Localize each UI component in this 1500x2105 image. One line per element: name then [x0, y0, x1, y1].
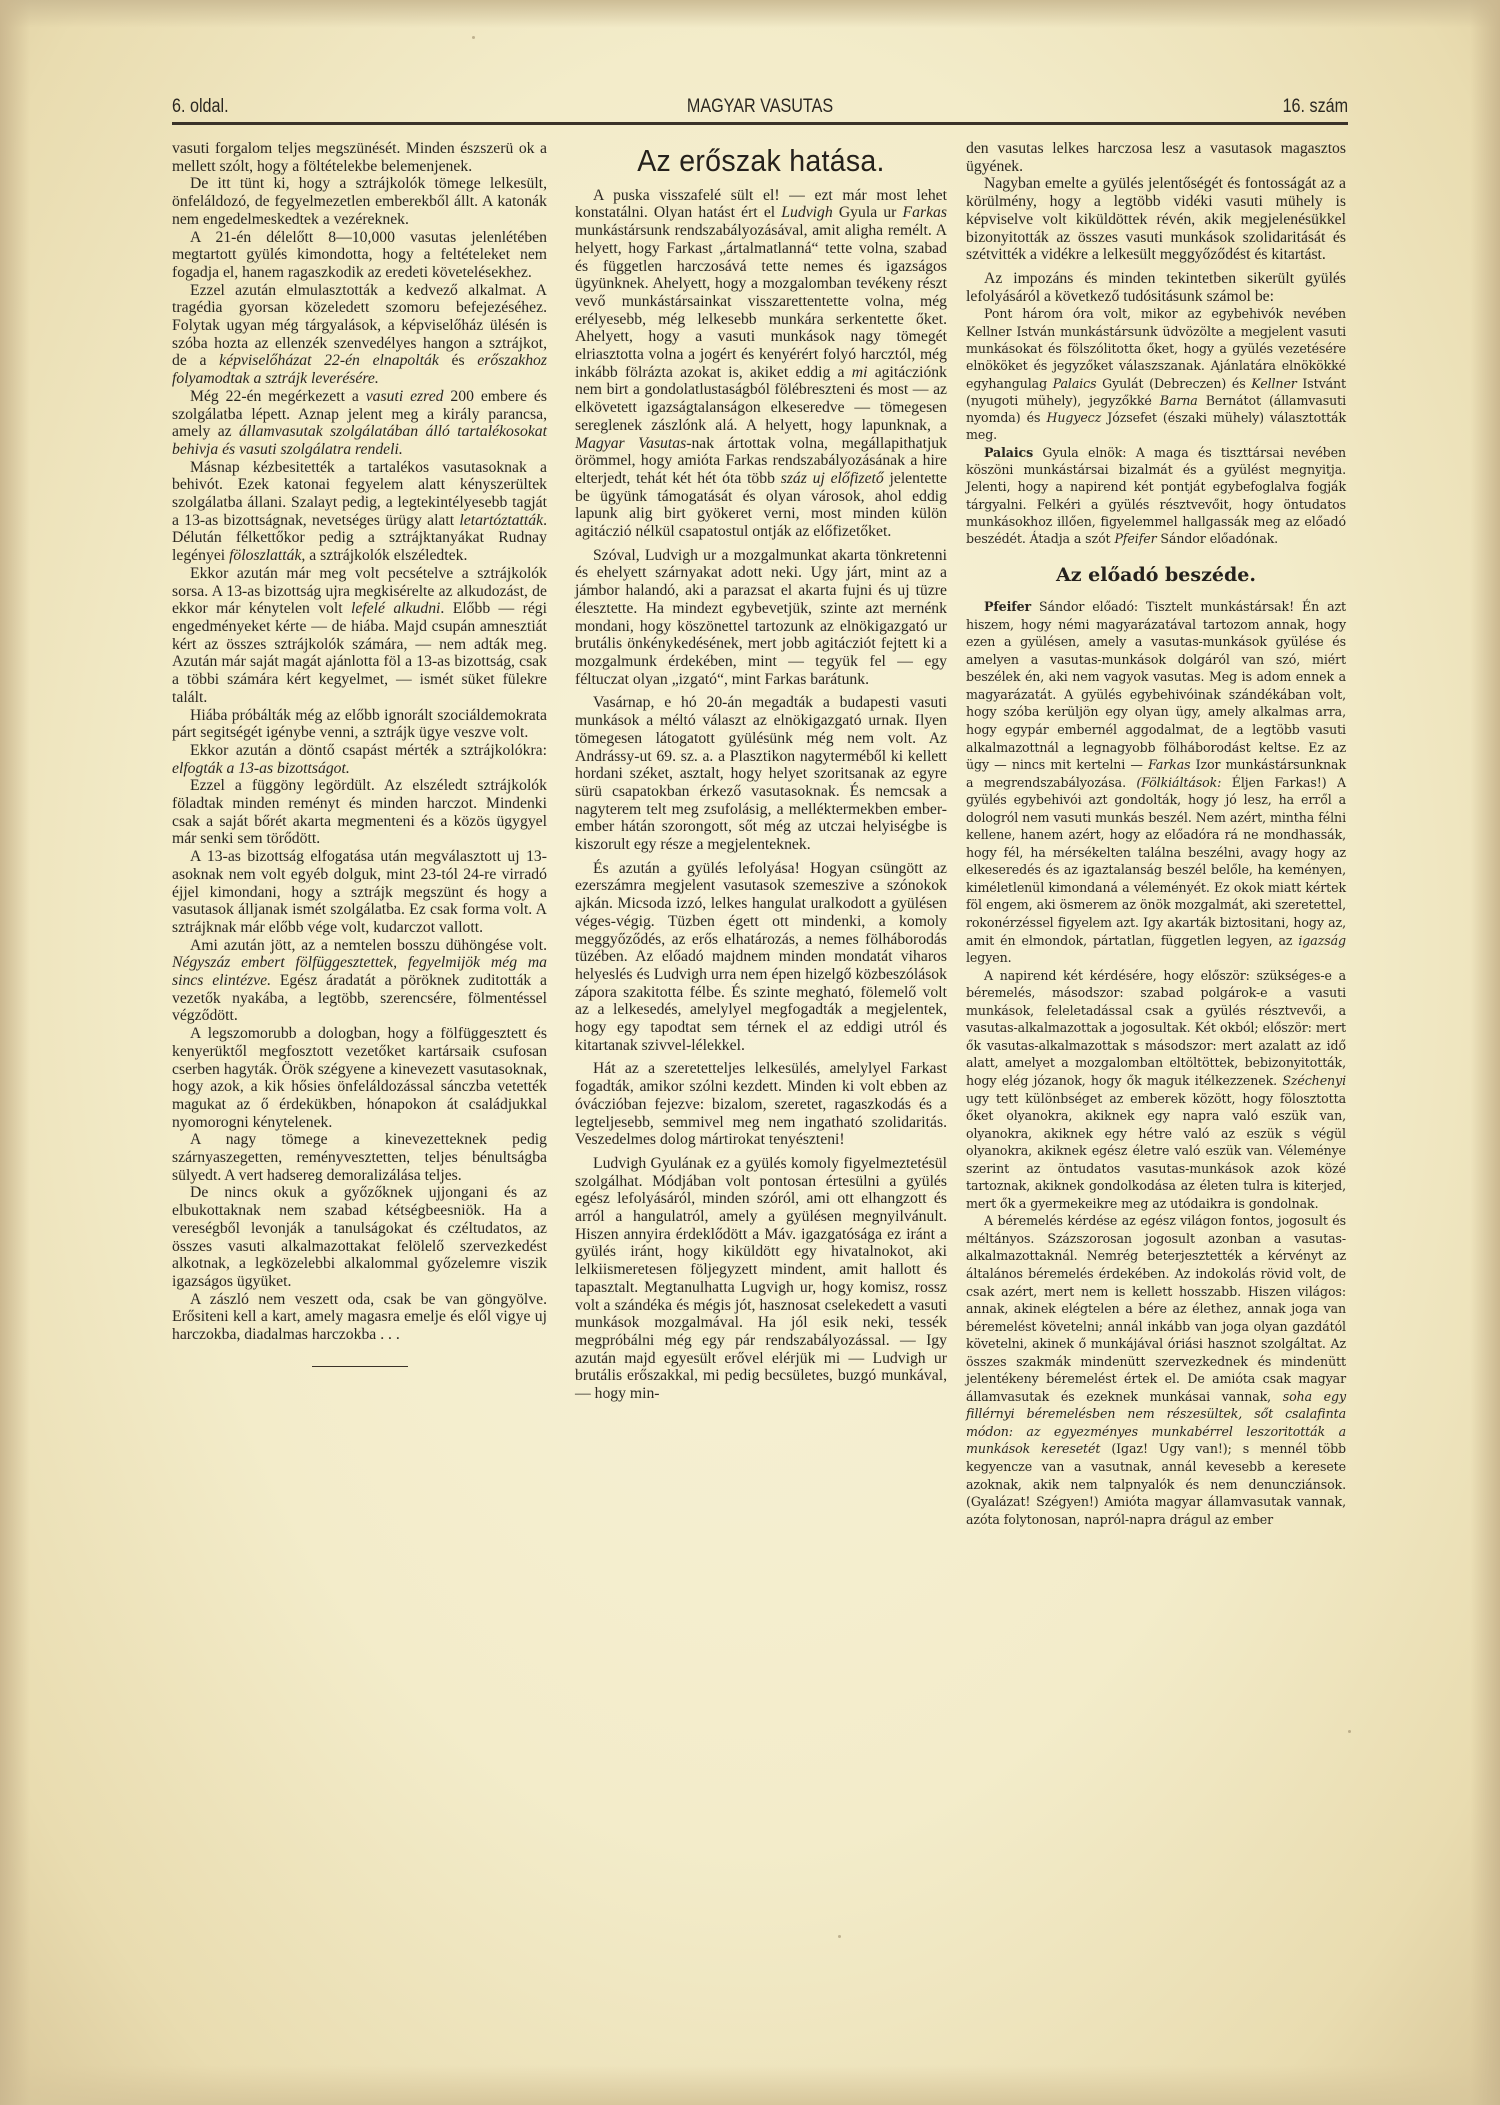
paragraph: Vasárnap, e hó 20-án megadták a budapest…	[575, 694, 947, 853]
meeting-report: Pont három óra volt, mikor az egybehivók…	[966, 305, 1346, 547]
paragraph: vasuti forgalom teljes megszünését. Mind…	[172, 140, 547, 175]
page-edge-bottom	[0, 2065, 1500, 2105]
paragraph: De nincs okuk a győzőknek ujjongani és a…	[172, 1184, 547, 1290]
speech-text: Pfeifer Sándor előadó: Tisztelt munkástá…	[966, 598, 1346, 1528]
article-body: A puska visszafelé sült el! — ezt már mo…	[575, 187, 947, 1403]
paragraph: A legszomorubb a dologban, hogy a fölfüg…	[172, 1025, 547, 1131]
section-title: Az előadó beszéde.	[966, 567, 1346, 585]
paragraph: És azután a gyülés lefolyása! Hogyan csü…	[575, 860, 947, 1055]
page-header: 6. oldal. MAGYAR VASUTAS 16. szám	[172, 96, 1348, 124]
paragraph: Ekkor azután már meg volt pecsételve a s…	[172, 565, 547, 707]
paragraph: Ezzel azután elmulasztották a kedvező al…	[172, 282, 547, 388]
header-rule	[172, 122, 1348, 125]
paragraph: Palaics Gyula elnök: A maga és tiszttárs…	[966, 444, 1346, 548]
paragraph: Hiába próbálták még az előbb ignorált sz…	[172, 707, 547, 742]
paragraph: A zászló nem veszett oda, csak be van gö…	[172, 1291, 547, 1344]
paragraph: Ezzel a függöny legördült. Az elszéledt …	[172, 777, 547, 848]
issue-number: 16. szám	[1282, 96, 1348, 118]
paper-speck	[1348, 1730, 1351, 1733]
paragraph: Ami azután jött, az a nemtelen bosszu dü…	[172, 937, 547, 1026]
column-right: den vasutas lelkes harczosa lesz a vasut…	[966, 140, 1346, 1528]
page-edge-right	[1470, 0, 1500, 2105]
paragraph: Pont három óra volt, mikor az egybehivók…	[966, 305, 1346, 443]
paragraph: Még 22-én megérkezett a vasuti ezred 200…	[172, 388, 547, 459]
paragraph: den vasutas lelkes harczosa lesz a vasut…	[966, 140, 1346, 175]
paragraph: Másnap kézbesitették a tartalékos vasuta…	[172, 459, 547, 565]
paragraph: Nagyban emelte a gyülés jelentőségét és …	[966, 175, 1346, 264]
article-body-continued: den vasutas lelkes harczosa lesz a vasut…	[966, 140, 1346, 305]
paragraph: Az impozáns és minden tekintetben sikerü…	[966, 270, 1346, 305]
article-end-rule	[312, 1366, 408, 1367]
page-number: 6. oldal.	[172, 96, 229, 118]
paragraph: Ludvigh Gyulának ez a gyülés komoly figy…	[575, 1155, 947, 1403]
publication-title: MAGYAR VASUTAS	[260, 96, 1260, 118]
paper-speck	[472, 36, 475, 39]
paragraph: A napirend két kérdésére, hogy először: …	[966, 967, 1346, 1213]
paper-speck	[838, 1935, 841, 1938]
column-middle: Az erőszak hatása. A puska visszafelé sü…	[575, 140, 947, 1403]
paragraph: Szóval, Ludvigh ur a mozgalmunkat akarta…	[575, 547, 947, 689]
paragraph: A nagy tömege a kinevezetteknek pedig sz…	[172, 1131, 547, 1184]
paragraph: A 13-as bizottság elfogatása után megvál…	[172, 848, 547, 937]
article-title: Az erőszak hatása.	[590, 152, 932, 170]
paragraph: A 21-én délelőtt 8—10,000 vasutas jelenl…	[172, 229, 547, 282]
column-left: vasuti forgalom teljes megszünését. Mind…	[172, 140, 547, 1367]
article-continuation: vasuti forgalom teljes megszünését. Mind…	[172, 140, 547, 1344]
paragraph: A puska visszafelé sült el! — ezt már mo…	[575, 187, 947, 541]
paragraph: Pfeifer Sándor előadó: Tisztelt munkástá…	[966, 598, 1346, 966]
page-edge-left	[0, 0, 30, 2105]
page-edge-top	[0, 0, 1500, 28]
paragraph: A béremelés kérdése az egész világon fon…	[966, 1212, 1346, 1528]
paragraph: Ekkor azután a döntő csapást mérték a sz…	[172, 742, 547, 777]
paragraph: Hát az a szeretetteljes lelkesülés, amel…	[575, 1060, 947, 1149]
paragraph: De itt tünt ki, hogy a sztrájkolók tömeg…	[172, 175, 547, 228]
